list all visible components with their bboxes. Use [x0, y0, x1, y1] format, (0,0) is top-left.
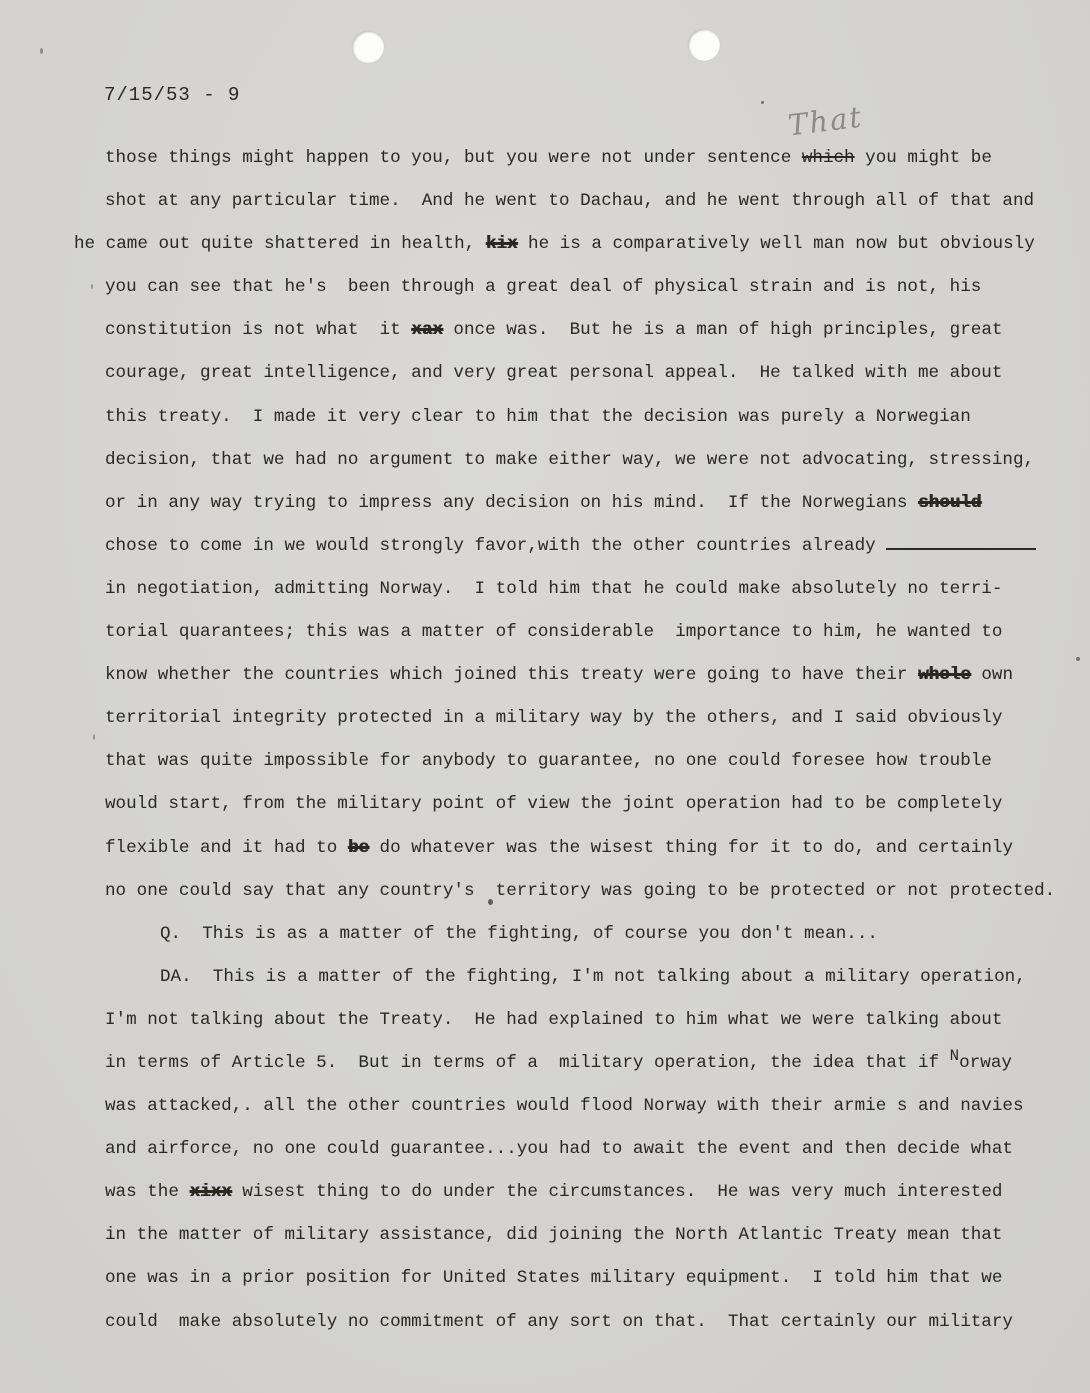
- typed-text: flexible and it had to: [105, 838, 348, 858]
- typed-text: DA. This is a matter of the fighting, I'…: [160, 967, 1026, 987]
- typed-text: this treaty. I made it very clear to him…: [105, 407, 971, 427]
- typed-line: shot at any particular time. And he went…: [105, 180, 1075, 223]
- typed-line: territorial integrity protected in a mil…: [105, 697, 1075, 740]
- typed-line: would start, from the military point of …: [105, 783, 1075, 826]
- typed-line: constitution is not what it xax once was…: [105, 309, 1075, 352]
- typed-line: could make absolutely no commitment of a…: [105, 1301, 1075, 1344]
- typed-line: chose to come in we would strongly favor…: [105, 525, 1075, 568]
- struck-out-text: be: [348, 838, 369, 858]
- blank-underline: [886, 533, 1036, 550]
- typed-text: in the matter of military assistance, di…: [105, 1225, 1002, 1245]
- typed-line: I'm not talking about the Treaty. He had…: [105, 999, 1075, 1042]
- typed-line: in negotiation, admitting Norway. I told…: [105, 568, 1075, 611]
- paper-speck: [836, 1063, 839, 1066]
- typed-text: those things might happen to you, but yo…: [105, 148, 802, 168]
- struck-out-text: should: [918, 493, 981, 513]
- struck-out-text: which: [802, 148, 855, 168]
- typed-line: flexible and it had to be do whatever wa…: [105, 827, 1075, 870]
- typed-line: was attacked,. all the other countries w…: [105, 1085, 1075, 1128]
- typed-text: could make absolutely no commitment of a…: [105, 1312, 1013, 1332]
- paper-speck: [93, 734, 95, 740]
- typed-line: decision, that we had no argument to mak…: [105, 439, 1075, 482]
- typed-text: do whatever was the wisest thing for it …: [369, 838, 1013, 858]
- typed-text: courage, great intelligence, and very gr…: [105, 363, 1002, 383]
- typed-text: you can see that he's been through a gre…: [105, 277, 981, 297]
- typed-text: N: [950, 1035, 960, 1078]
- typed-line: torial quarantees; this was a matter of …: [105, 611, 1075, 654]
- typed-text: or in any way trying to impress any deci…: [105, 493, 918, 513]
- paper-speck: [91, 284, 93, 289]
- typed-line: in the matter of military assistance, di…: [105, 1214, 1075, 1257]
- typed-text: once was. But he is a man of high princi…: [443, 320, 1003, 340]
- typed-text: one was in a prior position for United S…: [105, 1268, 1002, 1288]
- struck-out-text: whole: [918, 665, 971, 685]
- typed-text: in terms of Article 5. But in terms of a…: [105, 1053, 950, 1073]
- typed-line: DA. This is a matter of the fighting, I'…: [105, 956, 1075, 999]
- punch-hole-right: [688, 29, 720, 61]
- typed-text-body: those things might happen to you, but yo…: [105, 137, 1075, 1344]
- typed-line: no one could say that any country's terr…: [105, 870, 1075, 913]
- typed-text: would start, from the military point of …: [105, 794, 1002, 814]
- typed-line: courage, great intelligence, and very gr…: [105, 352, 1075, 395]
- handwritten-annotation: That: [786, 100, 865, 143]
- paper-speck: [761, 101, 764, 104]
- typed-line: he came out quite shattered in health, k…: [74, 223, 1075, 266]
- typed-line: Q. This is as a matter of the fighting, …: [105, 913, 1075, 956]
- typed-text: was attacked,. all the other countries w…: [105, 1096, 1024, 1116]
- typed-text: shot at any particular time. And he went…: [105, 191, 1034, 211]
- typed-text: no one could say that any country's terr…: [105, 881, 1055, 901]
- typed-line: or in any way trying to impress any deci…: [105, 482, 1075, 525]
- typed-text: own: [971, 665, 1013, 685]
- typed-text: orway: [959, 1053, 1012, 1073]
- scanned-document-page: 7/15/53 - 9 That those things might happ…: [0, 0, 1090, 1393]
- typed-line: know whether the countries which joined …: [105, 654, 1075, 697]
- struck-out-text: kix: [486, 234, 518, 254]
- typed-text: he is a comparatively well man now but o…: [517, 234, 1034, 254]
- typed-text: in negotiation, admitting Norway. I told…: [105, 579, 1002, 599]
- punch-hole-left: [352, 31, 384, 63]
- paper-speck: [40, 48, 43, 54]
- date-page-header: 7/15/53 - 9: [104, 84, 240, 106]
- typed-text: chose to come in we would strongly favor…: [105, 536, 886, 556]
- paper-speck: [488, 899, 493, 905]
- typed-text: Q. This is as a matter of the fighting, …: [160, 924, 878, 944]
- struck-out-text: xixx: [189, 1182, 231, 1202]
- typed-text: and airforce, no one could guarantee...y…: [105, 1139, 1013, 1159]
- typed-text: constitution is not what it: [105, 320, 411, 340]
- typed-text: you might be: [855, 148, 992, 168]
- typed-text: I'm not talking about the Treaty. He had…: [105, 1010, 1002, 1030]
- typed-line: that was quite impossible for anybody to…: [105, 740, 1075, 783]
- paper-speck: [1076, 657, 1080, 661]
- typed-line: in terms of Article 5. But in terms of a…: [105, 1042, 1075, 1085]
- typed-line: one was in a prior position for United S…: [105, 1257, 1075, 1300]
- typed-text: that was quite impossible for anybody to…: [105, 751, 992, 771]
- typed-text: decision, that we had no argument to mak…: [105, 450, 1034, 470]
- typed-line: this treaty. I made it very clear to him…: [105, 396, 1075, 439]
- typed-text: was the: [105, 1182, 189, 1202]
- typed-line: and airforce, no one could guarantee...y…: [105, 1128, 1075, 1171]
- typed-line: you can see that he's been through a gre…: [105, 266, 1075, 309]
- typed-text: torial quarantees; this was a matter of …: [105, 622, 1002, 642]
- struck-out-text: xax: [411, 320, 443, 340]
- typed-line: was the xixx wisest thing to do under th…: [105, 1171, 1075, 1214]
- typed-text: know whether the countries which joined …: [105, 665, 918, 685]
- typed-text: territorial integrity protected in a mil…: [105, 708, 1002, 728]
- typed-line: those things might happen to you, but yo…: [105, 137, 1075, 180]
- typed-text: he came out quite shattered in health,: [74, 234, 486, 254]
- typed-text: wisest thing to do under the circumstanc…: [232, 1182, 1003, 1202]
